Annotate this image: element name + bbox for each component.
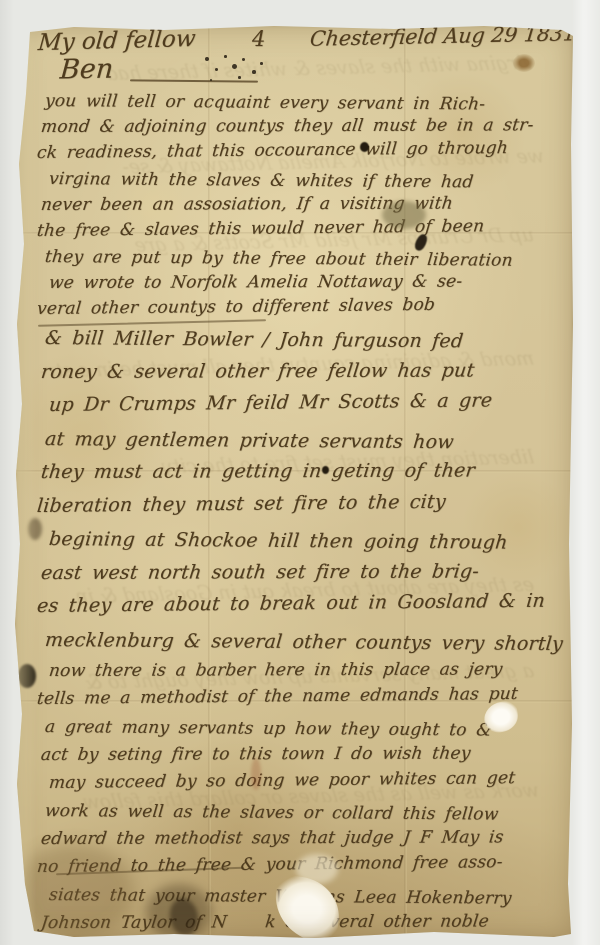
ink-spatter xyxy=(215,68,218,71)
letter-line: Johnson Taylor of N k & several other no… xyxy=(39,907,570,937)
letter-line: ck readiness, that this occourance will … xyxy=(36,134,570,166)
letter-scan: virgina with the slaves & whites if ther… xyxy=(0,0,600,945)
letter-line: they must act in getting in geting of th… xyxy=(39,454,571,489)
letter-line: tells me a methodist of the name edmands… xyxy=(36,679,571,713)
page-number: 4 xyxy=(252,27,265,51)
letter-paper: virgina with the slaves & whites if ther… xyxy=(14,24,574,939)
letter-line: up Dr Crumps Mr feild Mr Scotts & a gre xyxy=(47,384,570,423)
ink-spatter xyxy=(238,76,241,79)
salutation: My old fellow xyxy=(37,26,196,56)
letter-line: veral other countys to different slaves … xyxy=(36,290,570,322)
letter-line: no friend to the free & your Richmond fr… xyxy=(36,847,571,881)
ink-spatter xyxy=(210,79,212,81)
pen-stroke-underline xyxy=(130,79,258,82)
letter-line: the free & slaves this would never had o… xyxy=(36,212,570,244)
letter-line: es they are about to break out in Goosla… xyxy=(35,584,570,623)
ink-spatter xyxy=(252,70,256,74)
ink-spatter xyxy=(260,62,263,65)
dateline: Chesterfield Aug 29 1831 xyxy=(309,21,578,51)
ink-spatter xyxy=(205,57,209,61)
ink-spatter xyxy=(232,64,237,69)
letter-line: liberation they must set fire to the cit… xyxy=(35,484,570,523)
ink-spatter xyxy=(242,58,245,61)
ink-spatter xyxy=(224,55,227,58)
letter-body: you will tell or acquaint every servant … xyxy=(29,88,569,937)
addressee: Ben xyxy=(59,54,114,86)
stain xyxy=(513,54,535,72)
letter-line: may succeed by so doing we poor whites c… xyxy=(48,764,571,797)
